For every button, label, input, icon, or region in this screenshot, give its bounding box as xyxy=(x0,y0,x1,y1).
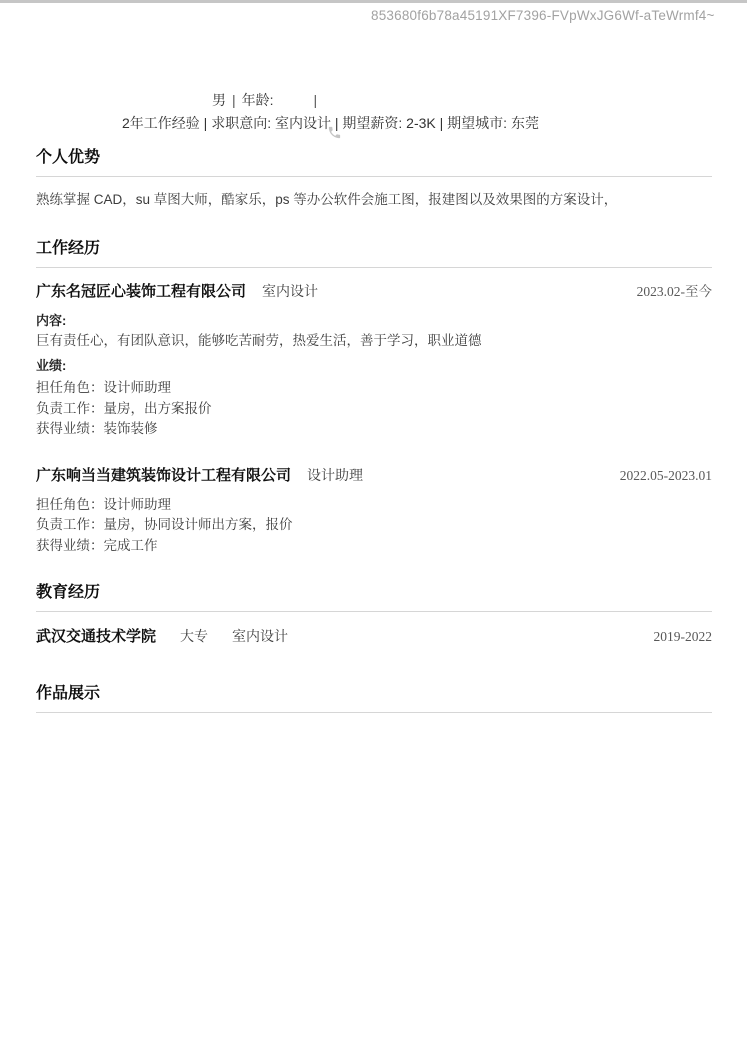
section-title-portfolio: 作品展示 xyxy=(36,684,712,704)
separator: | xyxy=(232,92,236,108)
section-divider xyxy=(36,176,712,177)
section-education: 教育经历 武汉交通技术学院 大专 室内设计 2019-2022 xyxy=(36,583,712,647)
section-title-strengths: 个人优势 xyxy=(36,148,712,168)
job-detail-line: 获得业绩：完成工作 xyxy=(36,536,712,557)
job-period: 2023.02-至今 xyxy=(637,280,712,300)
job-entry: 广东响当当建筑装饰设计工程有限公司 设计助理 2022.05-2023.01 担… xyxy=(36,465,712,557)
separator: | xyxy=(314,92,318,108)
job-intent-line: 2年工作经验 | 求职意向: 室内设计 | 期望薪资: 2-3K | 期望城市:… xyxy=(122,113,539,133)
section-divider xyxy=(36,267,712,268)
section-portfolio: 作品展示 xyxy=(36,684,712,713)
job-header-row: 广东名冠匠心装饰工程有限公司 室内设计 2023.02-至今 xyxy=(36,280,712,302)
personal-info-line: 男 | 年龄: | xyxy=(212,90,342,110)
major: 室内设计 xyxy=(232,626,288,646)
section-divider xyxy=(36,611,712,612)
job-detail-line: 负责工作：量房，出方案报价 xyxy=(36,399,712,420)
job-detail-line: 担任角色：设计师助理 xyxy=(36,378,712,399)
education-period: 2019-2022 xyxy=(654,629,713,645)
section-work-experience: 工作经历 广东名冠匠心装饰工程有限公司 室内设计 2023.02-至今 内容: … xyxy=(36,239,712,556)
job-header-row: 广东响当当建筑装饰设计工程有限公司 设计助理 2022.05-2023.01 xyxy=(36,465,712,486)
section-divider xyxy=(36,712,712,713)
education-entry: 武汉交通技术学院 大专 室内设计 2019-2022 xyxy=(36,626,712,647)
degree: 大专 xyxy=(180,626,208,646)
resume-body: 个人优势 熟练掌握 CAD，su 草图大师，酷家乐，ps 等办公软件会施工图，报… xyxy=(36,148,712,713)
section-title-work: 工作经历 xyxy=(36,239,712,259)
content-label: 内容: xyxy=(36,312,712,329)
page-top-border xyxy=(0,0,747,3)
age-label: 年龄: xyxy=(242,90,274,110)
gender-value: 男 xyxy=(212,90,226,110)
job-entry: 广东名冠匠心装饰工程有限公司 室内设计 2023.02-至今 内容: 巨有责任心… xyxy=(36,280,712,440)
company-name: 广东响当当建筑装饰设计工程有限公司 xyxy=(36,466,291,486)
job-role: 设计助理 xyxy=(307,465,363,485)
job-detail-line: 获得业绩：装饰装修 xyxy=(36,419,712,440)
school-name: 武汉交通技术学院 xyxy=(36,627,156,647)
job-detail-line: 负责工作：量房，协同设计师出方案，报价 xyxy=(36,515,712,536)
resume-page: { "page": { "doc_id": "853680f6b78a45191… xyxy=(0,0,747,1060)
phone-icon xyxy=(327,93,342,108)
job-detail-list: 担任角色：设计师助理 负责工作：量房，出方案报价 获得业绩：装饰装修 xyxy=(36,378,712,440)
job-content-text: 巨有责任心，有团队意识，能够吃苦耐劳，热爱生活，善于学习，职业道德 xyxy=(36,331,712,350)
job-detail-list: 担任角色：设计师助理 负责工作：量房，协同设计师出方案，报价 获得业绩：完成工作 xyxy=(36,495,712,557)
achievement-label: 业绩: xyxy=(36,357,712,374)
job-role: 室内设计 xyxy=(262,281,318,301)
job-detail-line: 担任角色：设计师助理 xyxy=(36,495,712,516)
strengths-paragraph: 熟练掌握 CAD，su 草图大师，酷家乐，ps 等办公软件会施工图，报建图以及效… xyxy=(36,190,712,209)
document-id-text: 853680f6b78a45191XF7396-FVpWxJG6Wf-aTeWr… xyxy=(371,8,715,23)
section-personal-strengths: 个人优势 熟练掌握 CAD，su 草图大师，酷家乐，ps 等办公软件会施工图，报… xyxy=(36,148,712,209)
section-title-education: 教育经历 xyxy=(36,583,712,603)
company-name: 广东名冠匠心装饰工程有限公司 xyxy=(36,282,246,302)
job-period: 2022.05-2023.01 xyxy=(620,468,712,484)
